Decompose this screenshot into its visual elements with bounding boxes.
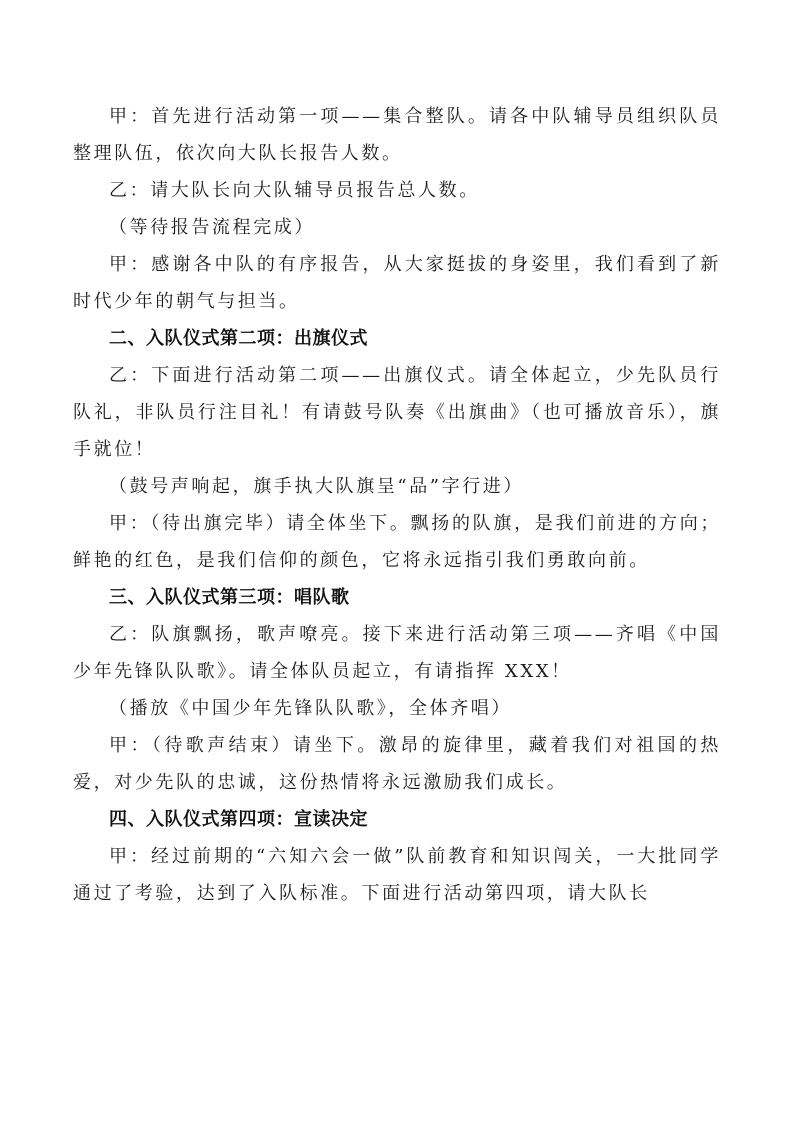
stage-note-song: （播放《中国少年先锋队队歌》，全体齐唱） (73, 690, 721, 727)
document-page: 甲：首先进行活动第一项——集合整队。请各中队辅导员组织队员整理队伍，依次向大队长… (73, 98, 721, 912)
paragraph-assembly: 甲：首先进行活动第一项——集合整队。请各中队辅导员组织队员整理队伍，依次向大队长… (73, 98, 721, 172)
paragraph-team-song: 乙：队旗飘扬，歌声嘹亮。接下来进行活动第三项——齐唱《中国少年先锋队队歌》。请全… (73, 616, 721, 690)
paragraph-decision: 甲：经过前期的“六知六会一做”队前教育和知识闯关，一大批同学通过了考验，达到了入… (73, 838, 721, 912)
section-heading-team-song: 三、入队仪式第三项：唱队歌 (73, 579, 721, 616)
stage-note-flag: （鼓号声响起，旗手执大队旗呈“品”字行进） (73, 468, 721, 505)
paragraph-song-end: 甲：（待歌声结束）请坐下。激昂的旋律里，藏着我们对祖国的热爱，对少先队的忠诚，这… (73, 727, 721, 801)
paragraph-thanks: 甲：感谢各中队的有序报告，从大家挺拔的身姿里，我们看到了新时代少年的朝气与担当。 (73, 246, 721, 320)
paragraph-report-total: 乙：请大队长向大队辅导员报告总人数。 (73, 172, 721, 209)
section-heading-flag-ceremony: 二、入队仪式第二项：出旗仪式 (73, 320, 721, 357)
section-heading-decision: 四、入队仪式第四项：宣读决定 (73, 801, 721, 838)
stage-note-report: （等待报告流程完成） (73, 209, 721, 246)
paragraph-flag-meaning: 甲：（待出旗完毕）请全体坐下。飘扬的队旗，是我们前进的方向；鲜艳的红色，是我们信… (73, 505, 721, 579)
paragraph-flag-ceremony: 乙：下面进行活动第二项——出旗仪式。请全体起立，少先队员行队礼，非队员行注目礼！… (73, 357, 721, 468)
